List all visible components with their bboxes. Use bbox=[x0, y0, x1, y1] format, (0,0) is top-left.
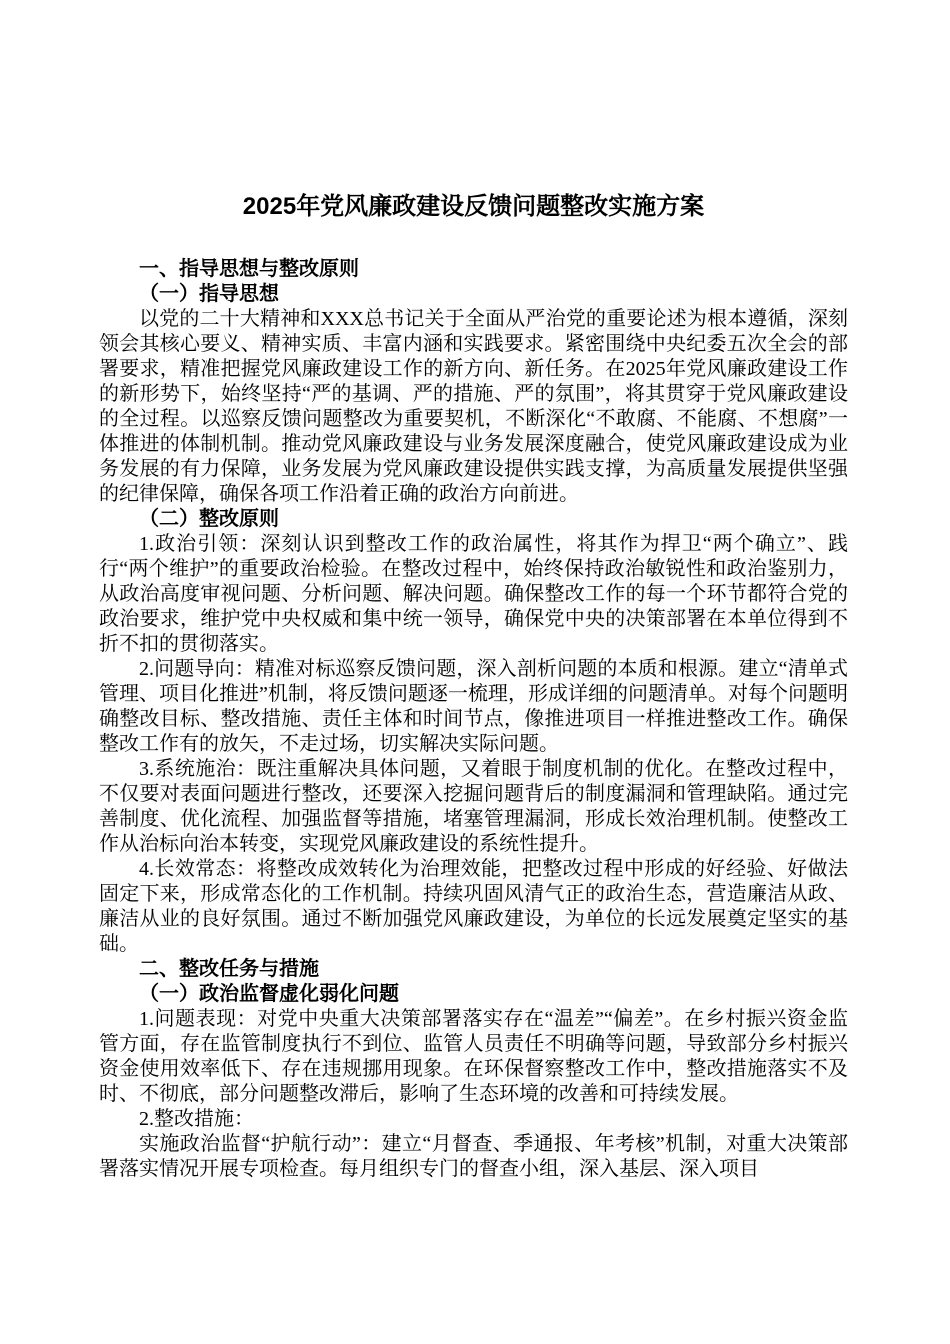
body-paragraph: 2.问题导向：精准对标巡察反馈问题，深入剖析问题的本质和根源。建立“清单式管理、… bbox=[99, 657, 848, 757]
subsection-heading-1-2: （二）整改原则 bbox=[99, 507, 848, 532]
body-paragraph: 3.系统施治：既注重解决具体问题，又着眼于制度机制的优化。在整改过程中，不仅要对… bbox=[99, 757, 848, 857]
subsection-heading-1-1: （一）指导思想 bbox=[99, 282, 848, 307]
body-paragraph: 以党的二十大精神和XXX总书记关于全面从严治党的重要论述为根本遵循，深刻领会其核… bbox=[99, 307, 848, 507]
body-paragraph: 1.问题表现：对党中央重大决策部署落实存在“温差”“偏差”。在乡村振兴资金监管方… bbox=[99, 1007, 848, 1107]
body-paragraph: 4.长效常态：将整改成效转化为治理效能，把整改过程中形成的好经验、好做法固定下来… bbox=[99, 857, 848, 957]
document-title: 2025年党风廉政建设反馈问题整改实施方案 bbox=[99, 190, 848, 223]
body-paragraph: 2.整改措施： bbox=[99, 1107, 848, 1132]
body-paragraph: 实施政治监督“护航行动”：建立“月督查、季通报、年考核”机制，对重大决策部署落实… bbox=[99, 1132, 848, 1182]
document-content: 2025年党风廉政建设反馈问题整改实施方案 一、指导思想与整改原则 （一）指导思… bbox=[99, 190, 848, 1182]
subsection-heading-2-1: （一）政治监督虚化弱化问题 bbox=[99, 982, 848, 1007]
section-heading-1: 一、指导思想与整改原则 bbox=[99, 257, 848, 282]
body-paragraph: 1.政治引领：深刻认识到整改工作的政治属性，将其作为捍卫“两个确立”、践行“两个… bbox=[99, 532, 848, 657]
document-page: 2025年党风廉政建设反馈问题整改实施方案 一、指导思想与整改原则 （一）指导思… bbox=[0, 0, 950, 1344]
section-heading-2: 二、整改任务与措施 bbox=[99, 957, 848, 982]
